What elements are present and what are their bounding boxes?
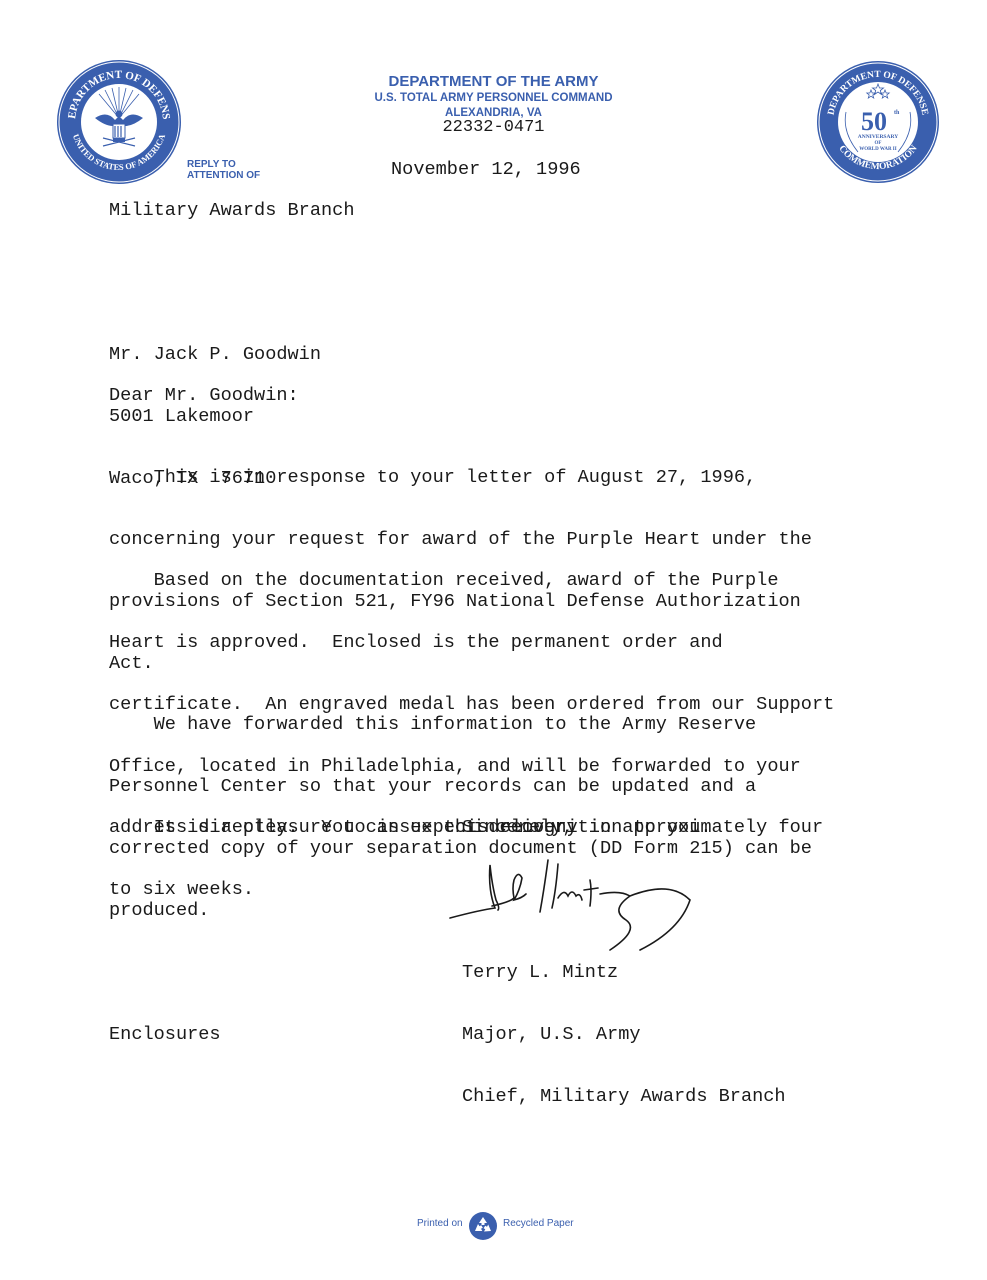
svg-text:WORLD WAR II: WORLD WAR II: [859, 147, 896, 152]
reply-to-label: REPLY TO: [187, 159, 260, 170]
recipient-street: 5001 Lakemoor: [109, 407, 321, 428]
enclosures-note: Enclosures: [109, 1025, 221, 1046]
svg-text:50: 50: [861, 107, 887, 136]
body-line: It is a pleasure to issue this recogniti…: [109, 818, 712, 839]
body-line: Based on the documentation received, awa…: [109, 571, 834, 592]
signer-name: Terry L. Mintz: [462, 963, 786, 984]
letter-date: November 12, 1996: [391, 160, 581, 181]
footer-recycled-paper: Recycled Paper: [503, 1218, 574, 1229]
footer-printed-on: Printed on: [417, 1218, 463, 1229]
svg-text:th: th: [894, 110, 900, 116]
closing: Sincerely,: [462, 818, 574, 839]
body-line: Heart is approved. Enclosed is the perma…: [109, 633, 834, 654]
reply-to-attention: REPLY TO ATTENTION OF: [187, 159, 260, 181]
office-name: Military Awards Branch: [109, 201, 354, 222]
signature-block: Terry L. Mintz Major, U.S. Army Chief, M…: [462, 922, 786, 1149]
signer-title: Chief, Military Awards Branch: [462, 1087, 786, 1108]
svg-text:ANNIVERSARY: ANNIVERSARY: [858, 134, 898, 140]
recycle-icon: [468, 1211, 498, 1241]
svg-text:OF: OF: [875, 141, 882, 146]
attention-of-label: ATTENTION OF: [187, 170, 260, 181]
body-line: We have forwarded this information to th…: [109, 715, 812, 736]
ww2-50th-anniversary-seal-icon: DEPARTMENT OF DEFENSE COMMEMORATION 50 t…: [816, 60, 940, 184]
signer-rank: Major, U.S. Army: [462, 1025, 786, 1046]
salutation: Dear Mr. Goodwin:: [109, 386, 299, 407]
body-line: This is in response to your letter of Au…: [109, 468, 812, 489]
recipient-name: Mr. Jack P. Goodwin: [109, 345, 321, 366]
letter-page: DEPARTMENT OF DEFENSE UNITED STATES OF A…: [0, 0, 987, 1280]
